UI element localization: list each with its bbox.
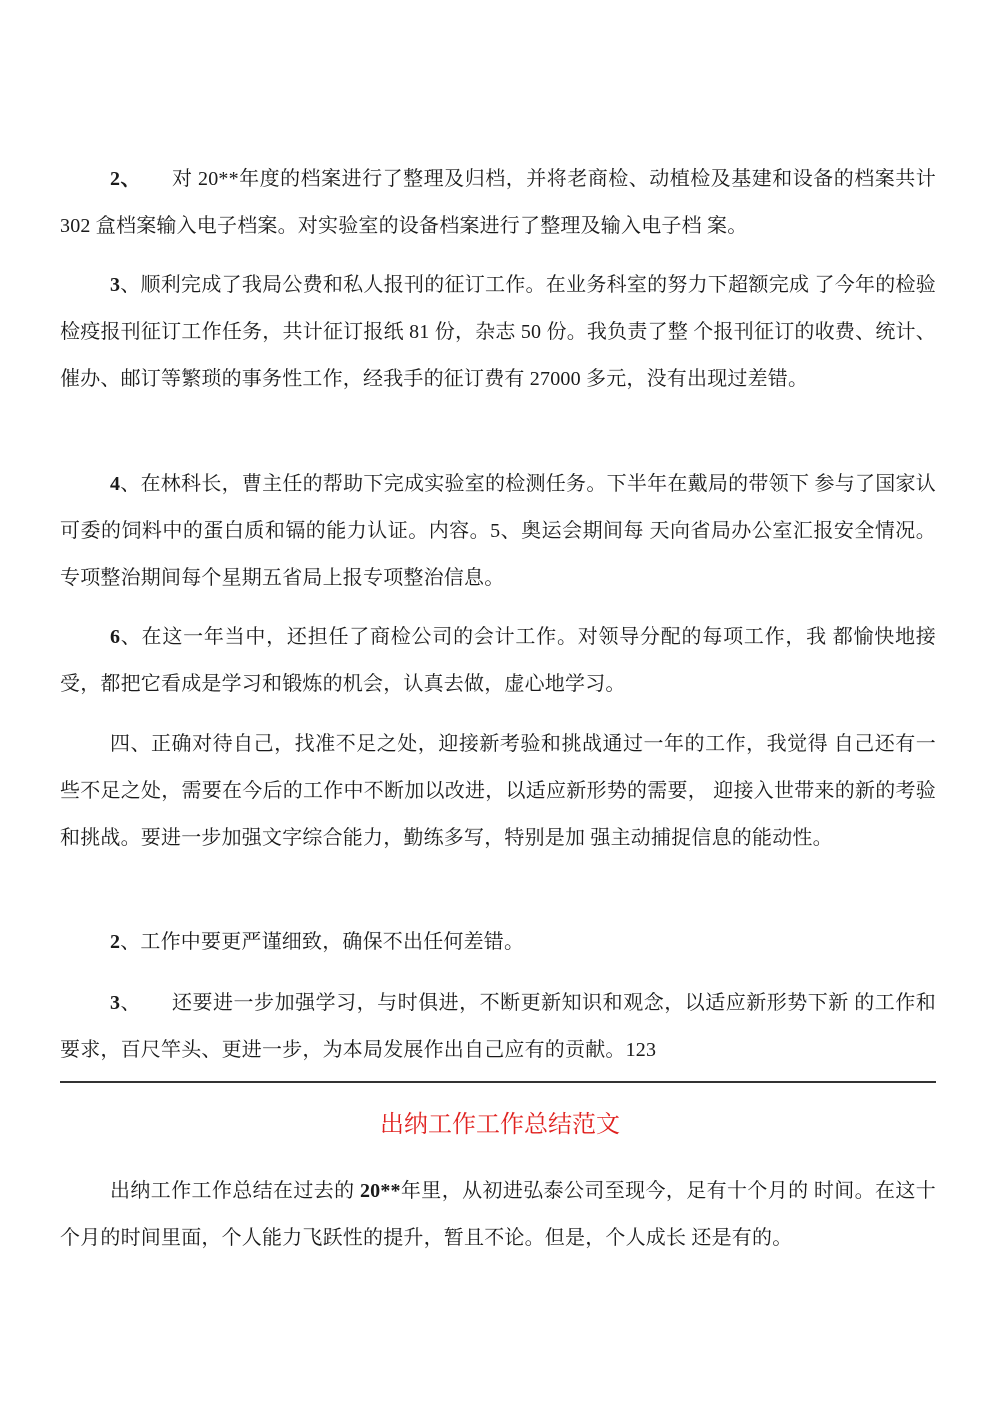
- paragraph-item-2-archives: 2、 对 20**年度的档案进行了整理及归档，并将老商检、动植检及基建和设备的档…: [60, 156, 936, 250]
- item-number: 4: [110, 473, 120, 495]
- intro-paragraph: 出纳工作工作总结在过去的 20**年里，从初进弘泰公司至现今，足有十个月的 时间…: [60, 1168, 936, 1262]
- year-placeholder: 20**: [360, 1180, 401, 1202]
- paragraph-text: 、 还要进一步加强学习，与时俱进，不断更新知识和观念，以适应新形势下新 的工作和…: [60, 992, 936, 1061]
- paragraph-item-4-lab-testing: 4、在林科长，曹主任的帮助下完成实验室的检测任务。下半年在戴局的带领下 参与了国…: [60, 461, 936, 602]
- intro-lead: 出纳工作工作总结在过去的: [110, 1180, 360, 1202]
- paragraph-improvement-3: 3、 还要进一步加强学习，与时俱进，不断更新知识和观念，以适应新形势下新 的工作…: [60, 980, 936, 1074]
- paragraph-text: 对 20**年度的档案进行了整理及归档，并将老商检、动植检及基建和设备的档案共计…: [60, 168, 936, 237]
- paragraph-text: 、顺利完成了我局公费和私人报刊的征订工作。在业务科室的努力下超额完成 了今年的检…: [60, 274, 936, 390]
- section-title: 出纳工作工作总结范文: [0, 1104, 1000, 1144]
- paragraph-text: 四、正确对待自己，找准不足之处，迎接新考验和挑战通过一年的工作，我觉得 自己还有…: [60, 733, 936, 849]
- paragraph-text: 、在这一年当中，还担任了商检公司的会计工作。对领导分配的每项工作，我 都愉快地接…: [60, 626, 936, 695]
- paragraph-item-3-subscriptions: 3、顺利完成了我局公费和私人报刊的征订工作。在业务科室的努力下超额完成 了今年的…: [60, 262, 936, 403]
- section-divider: [60, 1081, 936, 1083]
- item-number: 2、: [110, 168, 131, 190]
- item-number: 3: [110, 992, 120, 1014]
- paragraph-improvement-2: 2、工作中要更严谨细致，确保不出任何差错。: [60, 919, 936, 966]
- paragraph-text: 、工作中要更严谨细致，确保不出任何差错。: [120, 931, 524, 953]
- paragraph-item-6-accounting: 6、在这一年当中，还担任了商检公司的会计工作。对领导分配的每项工作，我 都愉快地…: [60, 614, 936, 708]
- paragraph-text: 、在林科长，曹主任的帮助下完成实验室的检测任务。下半年在戴局的带领下 参与了国家…: [60, 473, 936, 589]
- paragraph-section-4-self-assessment: 四、正确对待自己，找准不足之处，迎接新考验和挑战通过一年的工作，我觉得 自己还有…: [60, 721, 936, 862]
- item-number: 3: [110, 274, 120, 296]
- item-number: 6: [110, 626, 120, 648]
- item-number: 2: [110, 931, 120, 953]
